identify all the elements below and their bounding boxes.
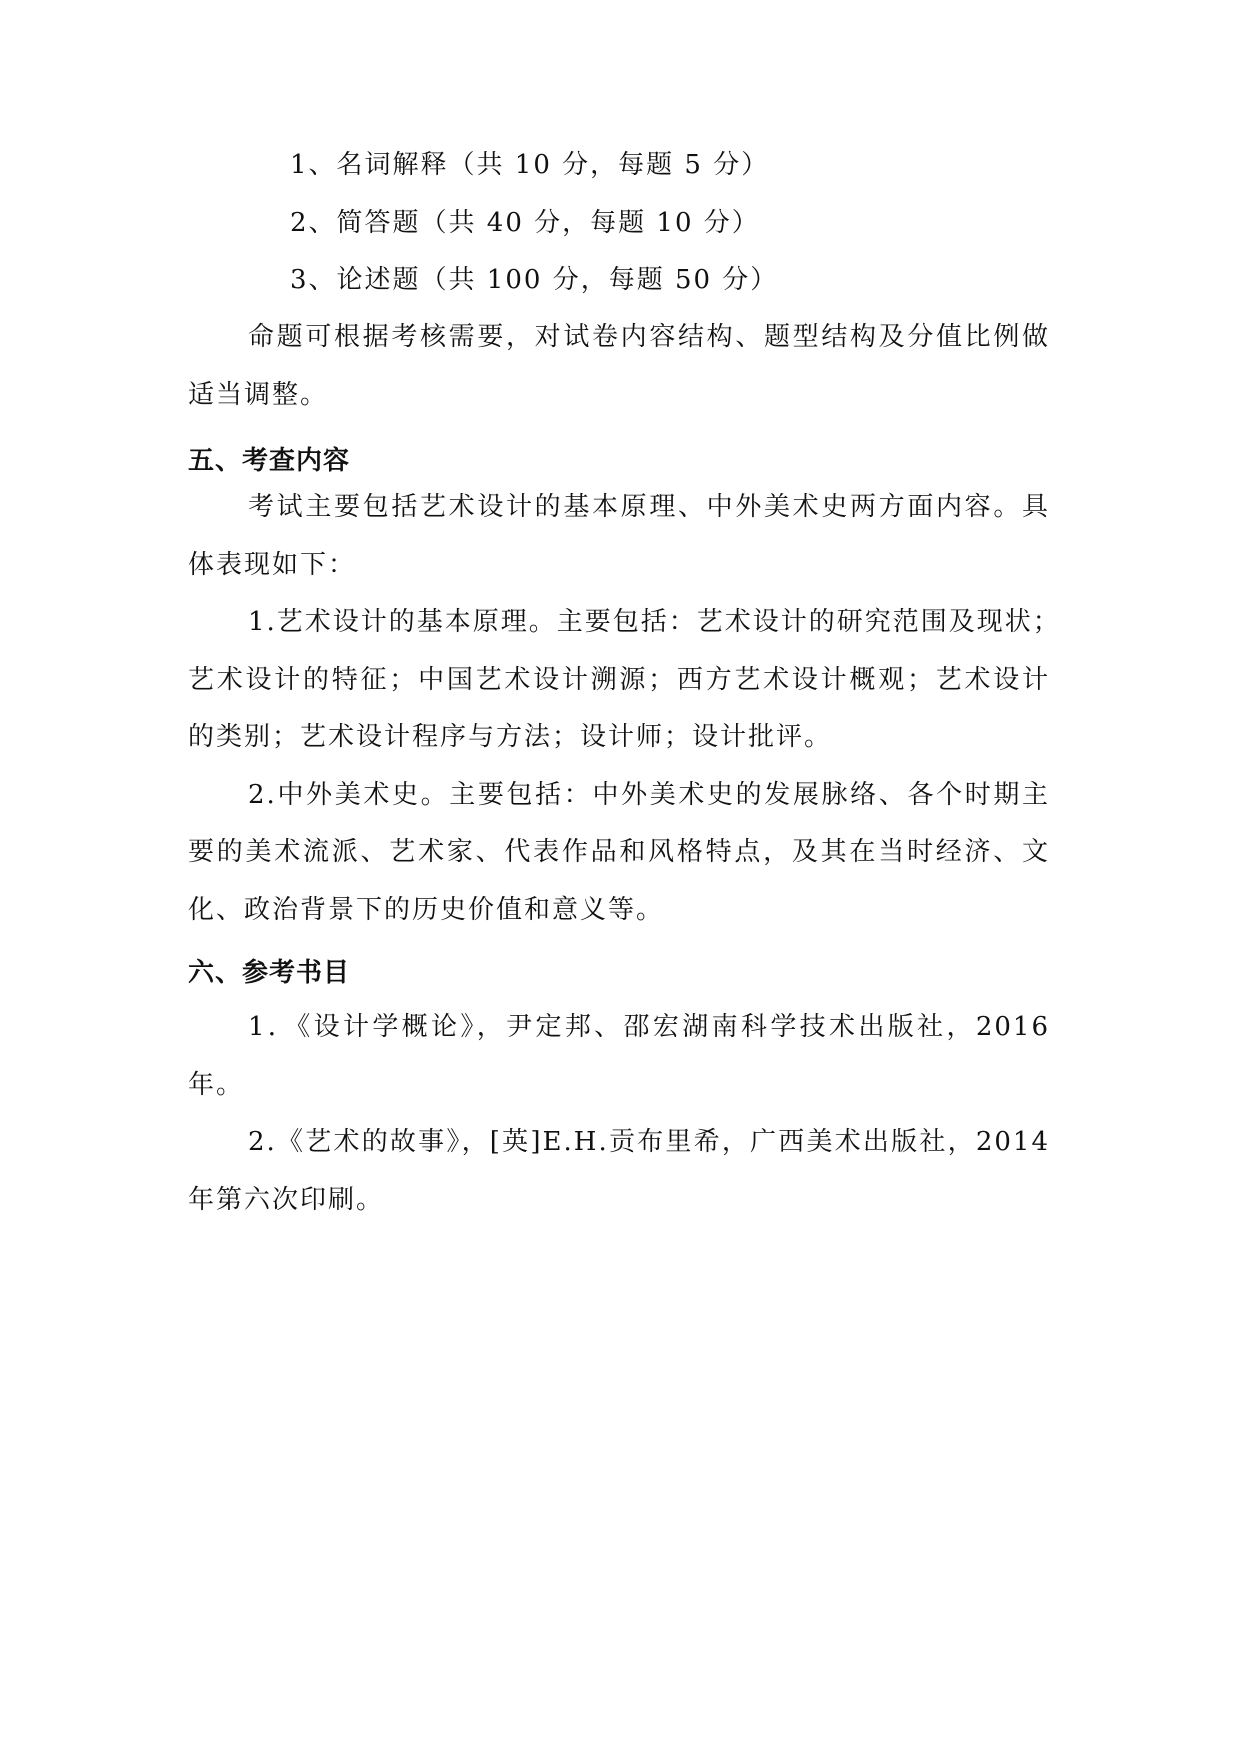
section5-item2-line-2: 要的美术流派、艺术家、代表作品和风格特点，及其在当时经济、文 [188,837,1050,867]
exam-note-line-1: 命题可根据考核需要，对试卷内容结构、题型结构及分值比例做 [248,322,1050,352]
exam-note-line-2: 适当调整。 [188,380,328,410]
section5-intro-line-1: 考试主要包括艺术设计的基本原理、中外美术史两方面内容。具 [248,492,1050,522]
section-heading-5: 五、考查内容 [188,446,350,476]
reference-2-line-2: 年第六次印刷。 [188,1185,384,1215]
section5-item1-line-3: 的类别；艺术设计程序与方法；设计师；设计批评。 [188,722,832,752]
exam-item-1: 1、名词解释（共 10 分，每题 5 分） [290,150,769,180]
exam-item-2: 2、简答题（共 40 分，每题 10 分） [290,208,760,238]
section5-item2-line-3: 化、政治背景下的历史价值和意义等。 [188,895,664,925]
section5-intro-line-2: 体表现如下： [188,550,356,580]
section-heading-6: 六、参考书目 [188,958,350,988]
section5-item1-line-2: 艺术设计的特征；中国艺术设计溯源；西方艺术设计概观；艺术设计 [188,665,1050,695]
reference-1-line-2: 年。 [188,1070,244,1100]
reference-1-line-1: 1．《设计学概论》，尹定邦、邵宏湖南科学技术出版社，2016 [248,1012,1050,1042]
exam-item-3: 3、论述题（共 100 分，每题 50 分） [290,265,778,295]
reference-2-line-1: 2.《艺术的故事》，[英]E.H.贡布里希，广西美术出版社，2014 [248,1127,1050,1157]
section5-item2-line-1: 2.中外美术史。主要包括：中外美术史的发展脉络、各个时期主 [248,780,1050,810]
section5-item1-line-1: 1.艺术设计的基本原理。主要包括：艺术设计的研究范围及现状； [248,607,1050,637]
